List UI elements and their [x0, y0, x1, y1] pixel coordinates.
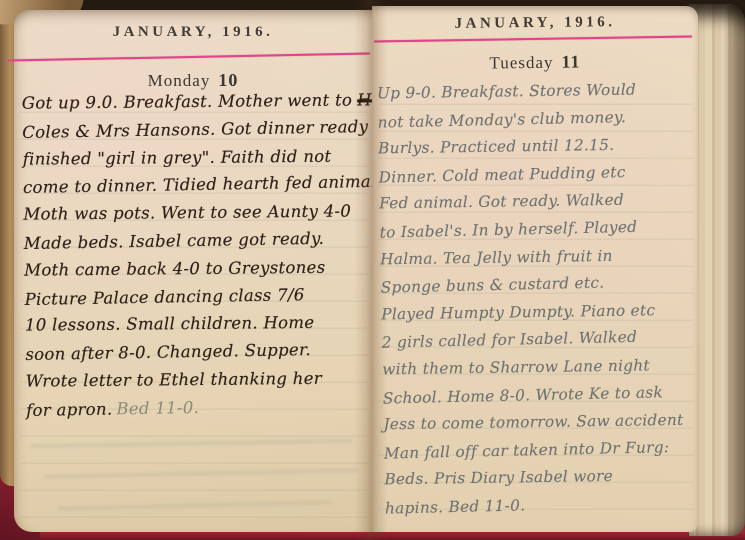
- month-header: JANUARY, 1916.: [372, 13, 698, 33]
- entry-line: Made beds. Isabel came got ready.: [24, 224, 370, 258]
- day-heading: Tuesday11: [372, 50, 698, 74]
- ghost-showthrough: [58, 501, 332, 511]
- handwritten-entry: Up 9-0. Breakfast. Stores Would not take…: [377, 75, 702, 523]
- diary-photo: JANUARY, 1916. Monday10 Got up 9.0. Brea…: [0, 0, 745, 540]
- ghost-showthrough: [30, 439, 352, 448]
- day-label: Tuesday: [489, 53, 553, 73]
- entry-line: hapins. Bed 11-0.: [385, 488, 703, 523]
- month-header: JANUARY, 1916.: [14, 24, 372, 41]
- entry-line: Moth came back 4-0 to Greystones: [24, 253, 370, 284]
- entry-line: Wrote letter to Ethel thanking her: [26, 364, 372, 395]
- pink-rule-line: [374, 36, 692, 43]
- ghost-showthrough: [44, 469, 358, 479]
- entry-line: for apron.Bed 11-0.: [26, 391, 372, 425]
- pink-rule-line: [8, 53, 370, 62]
- bed-time-note: Bed 11-0.: [116, 398, 199, 418]
- entry-line: Coles & Mrs Hansons. Got dinner ready: [22, 113, 368, 147]
- entry-text: for apron.: [26, 399, 113, 420]
- diary-page-tuesday: JANUARY, 1916. Tuesday11 Up 9-0. Breakfa…: [372, 6, 698, 532]
- handwritten-entry: Got up 9.0. Breakfast. Mother went toHal…: [22, 86, 373, 424]
- entry-text: Got up 9.0. Breakfast. Mother went to: [22, 91, 353, 113]
- entry-line: Got up 9.0. Breakfast. Mother went toHal…: [22, 86, 368, 117]
- day-number: 11: [561, 52, 580, 72]
- diary-page-monday: JANUARY, 1916. Monday10 Got up 9.0. Brea…: [14, 10, 372, 532]
